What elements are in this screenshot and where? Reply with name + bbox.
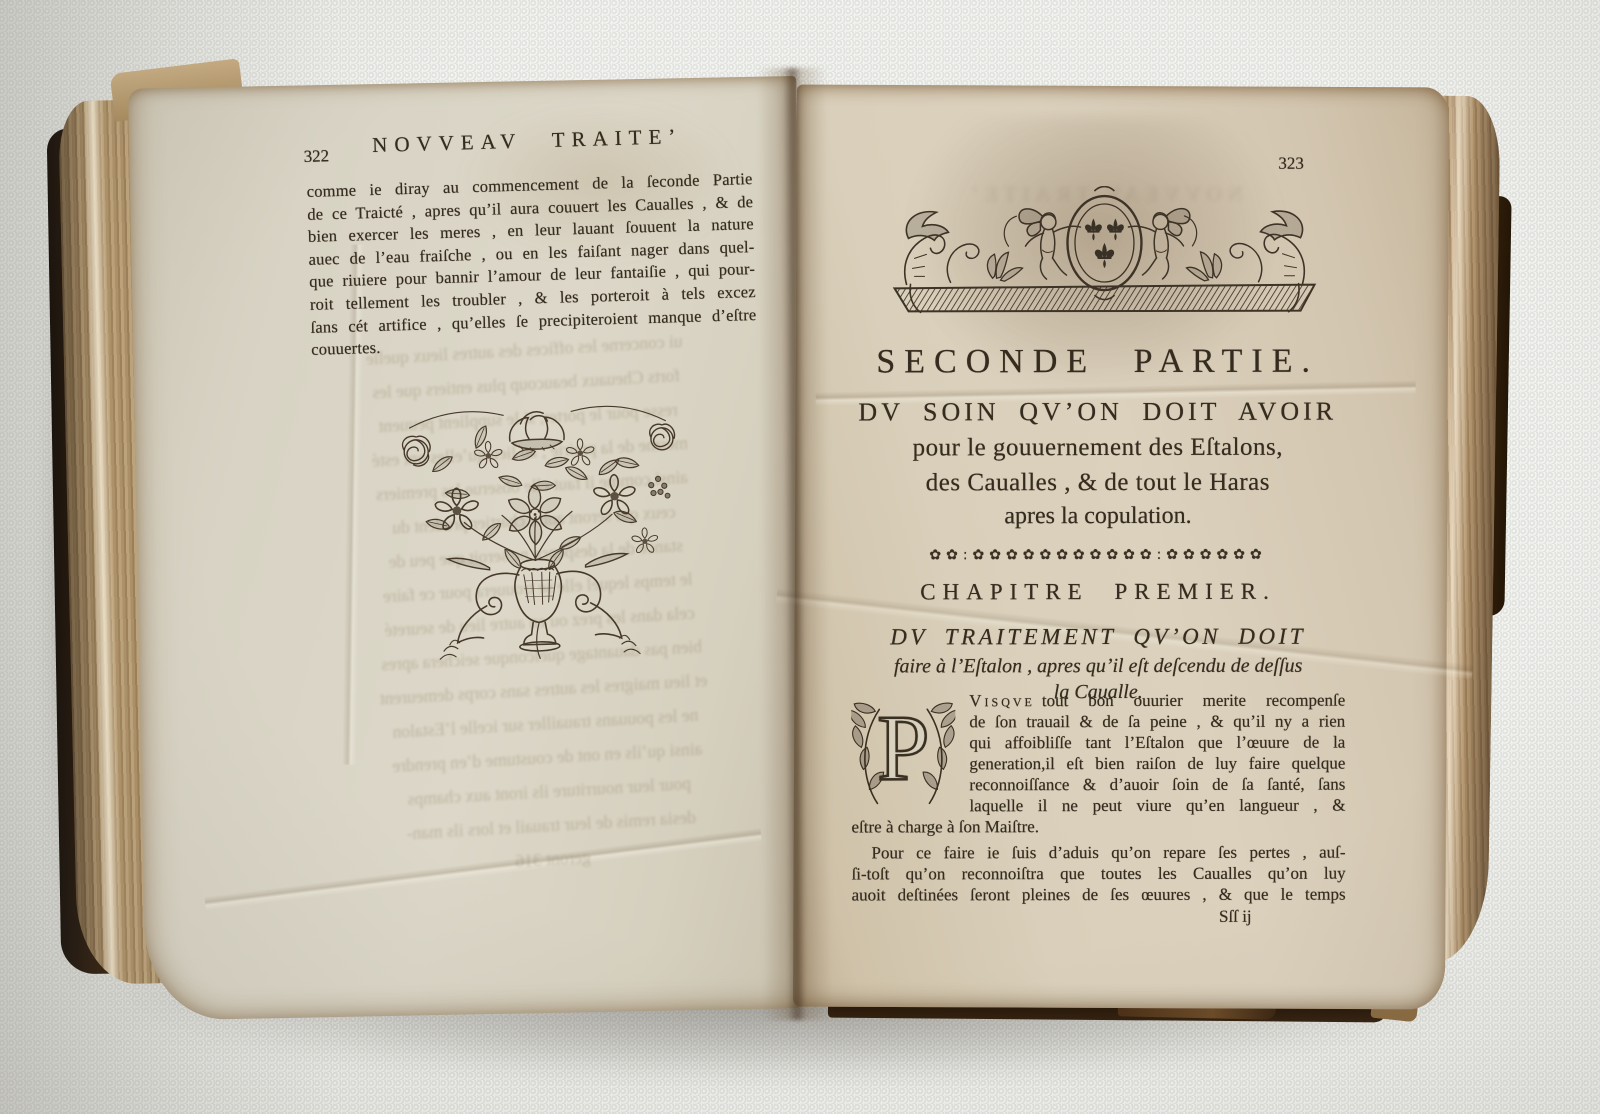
left-page-content: ui concerne les offices des autres lieux… — [124, 73, 819, 1024]
right-page-title-block: SECONDE PARTIE. DV SOIN QV’ON DOIT AVOIR… — [851, 326, 1346, 705]
book-photograph: ui concerne les offices des autres lieux… — [0, 0, 1600, 1114]
part-argument-line: pour le gouuernement des Eſtalons, — [851, 431, 1345, 465]
paragraph-line: Pour ce faire ie ſuis d’aduis qu’on repa… — [852, 842, 1346, 864]
running-title: NOVVEAV TRAITE’ — [301, 122, 754, 160]
book-gutter-shadow — [758, 68, 833, 1020]
right-page: NOVVEAV TRAITE’ 323 — [793, 85, 1449, 1010]
signature-mark: Sſſ ij — [852, 906, 1346, 928]
part-argument-line: des Caualles , & de tout le Haras — [851, 466, 1345, 500]
chapter-argument-caps: DV TRAITEMENT QV’ON DOIT — [851, 622, 1345, 653]
paragraph-line: auoit deſtinées ſeront pleines de ſes œu… — [852, 884, 1346, 906]
left-page-number: 322 — [303, 146, 329, 167]
drop-cap-letter: P — [877, 696, 929, 800]
fleuron-ornament-row: ✿✿:✿✿✿✿✿✿✿✿✿✿✿:✿✿✿✿✿✿ — [851, 546, 1345, 565]
drop-cap-initial-p: P — [851, 693, 955, 811]
right-page-content: NOVVEAV TRAITE’ 323 — [794, 85, 1448, 1008]
royal-arms-headpiece-engraving — [880, 186, 1328, 319]
lead-word-smallcaps: Visqve — [969, 691, 1035, 710]
left-page: ui concerne les offices des autres lieux… — [128, 76, 814, 1021]
chapter-argument-line: faire à l’Eſtalon , apres qu’il eſt deſc… — [851, 654, 1345, 679]
right-page-number: 323 — [1278, 154, 1304, 174]
part-title: SECONDE PARTIE. — [851, 342, 1345, 383]
paragraph-line: eſtre à charge à ſon Maiſtre. — [851, 816, 1345, 838]
part-argument-line: DV SOIN QV’ON DOIT AVOIR — [851, 395, 1345, 430]
right-page-body-text: P Visqvetout bon ouurier merite recompen… — [851, 690, 1345, 928]
paragraph-line: ſi-toſt qu’on reconnoiſtra que toutes le… — [852, 863, 1346, 885]
part-argument-line: apres la copulation. — [851, 501, 1345, 532]
left-page-header: 322 NOVVEAV TRAITE’ — [301, 122, 754, 171]
chapter-heading: CHAPITRE PREMIER. — [851, 577, 1345, 608]
floral-vase-woodcut — [379, 392, 705, 673]
